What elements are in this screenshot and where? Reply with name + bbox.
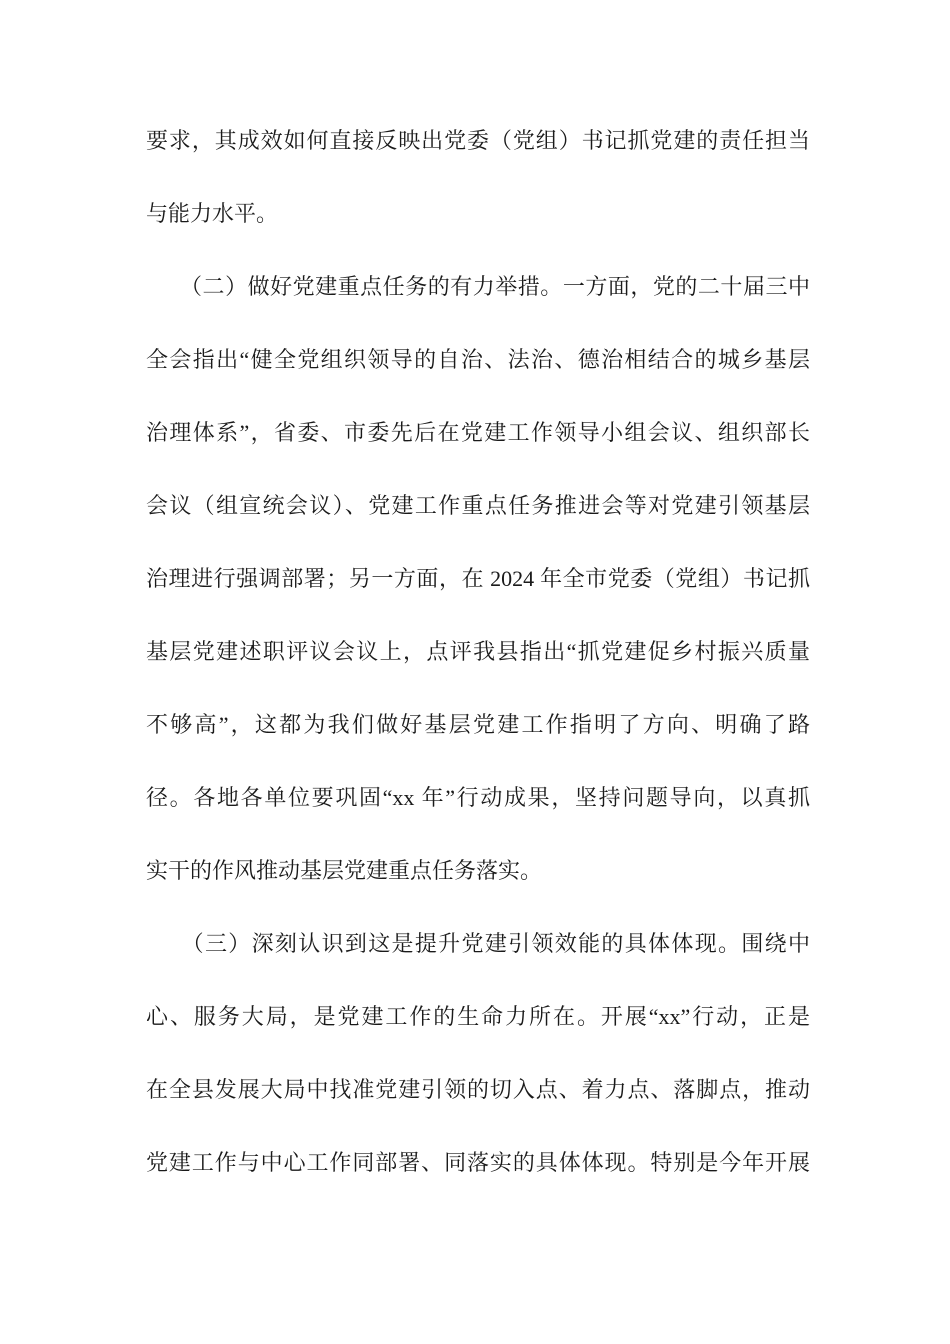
text-line: 治理进行强调部署；另一方面，在 2024 年全市党委（党组）书记抓: [146, 542, 810, 615]
text-line: 与能力水平。: [146, 177, 810, 250]
text-line: 基层党建述职评议会议上，点评我县指出“抓党建促乡村振兴质量: [146, 615, 810, 688]
text-line: 会议（组宣统会议）、党建工作重点任务推进会等对党建引领基层: [146, 469, 810, 542]
text-line: 要求，其成效如何直接反映出党委（党组）书记抓党建的责任担当: [146, 104, 810, 177]
text-line: 在全县发展大局中找准党建引领的切入点、着力点、落脚点，推动: [146, 1053, 810, 1126]
text-line: 实干的作风推动基层党建重点任务落实。: [146, 834, 810, 907]
document-page: 要求，其成效如何直接反映出党委（党组）书记抓党建的责任担当与能力水平。 （二）做…: [0, 0, 950, 1344]
text-line: 全会指出“健全党组织领导的自治、法治、德治相结合的城乡基层: [146, 323, 810, 396]
text-line: 径。各地各单位要巩固“xx 年”行动成果，坚持问题导向，以真抓: [146, 761, 810, 834]
text-line: 治理体系”，省委、市委先后在党建工作领导小组会议、组织部长: [146, 396, 810, 469]
text-line: （二）做好党建重点任务的有力举措。一方面，党的二十届三中: [146, 250, 810, 323]
text-line: （三）深刻认识到这是提升党建引领效能的具体体现。围绕中: [146, 907, 810, 980]
document-body-text: 要求，其成效如何直接反映出党委（党组）书记抓党建的责任担当与能力水平。 （二）做…: [146, 104, 810, 1199]
text-line: 心、服务大局，是党建工作的生命力所在。开展“xx”行动，正是: [146, 980, 810, 1053]
text-line: 不够高”，这都为我们做好基层党建工作指明了方向、明确了路: [146, 688, 810, 761]
text-line: 党建工作与中心工作同部署、同落实的具体体现。特别是今年开展: [146, 1126, 810, 1199]
